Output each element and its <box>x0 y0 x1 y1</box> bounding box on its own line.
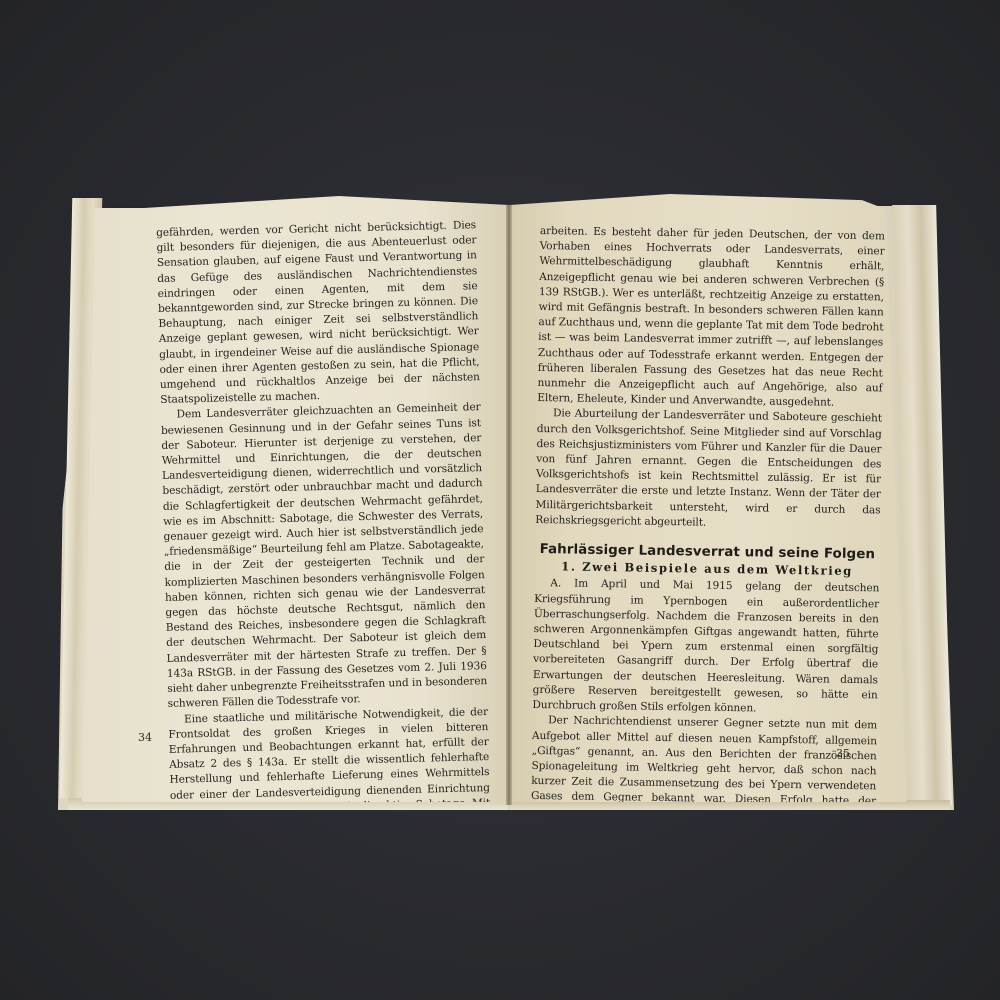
paragraph: Der unerbittliche Kampf gegen Verräter u… <box>172 872 494 956</box>
page-number-right: 35 <box>836 747 850 760</box>
paragraph: A. Im April und Mai 1915 gelang der deut… <box>532 576 879 718</box>
paragraph: Der Nachrichtendienst unserer Gegner set… <box>530 713 877 840</box>
paragraph: arbeiten. Es besteht daher für jeden Deu… <box>537 224 885 412</box>
paragraph: Eine staatliche und militärische Notwend… <box>168 705 492 880</box>
paragraph: Die Aburteilung der Landesverräter und S… <box>535 406 882 533</box>
open-book: gefährden, werden vor Gericht nicht berü… <box>0 0 1000 1000</box>
paragraph: Dem Landesverräter gleichzuachten an Gem… <box>160 401 487 713</box>
page-number-left: 34 <box>138 731 152 744</box>
left-page-body: gefährden, werden vor Gericht nicht berü… <box>156 218 494 955</box>
right-page-body: arbeiten. Es besteht daher für jeden Deu… <box>530 224 885 886</box>
left-page: gefährden, werden vor Gericht nicht berü… <box>82 196 510 802</box>
paragraph: gefährden, werden vor Gericht nicht berü… <box>156 218 480 408</box>
right-page: arbeiten. Es besteht daher für jeden Deu… <box>510 194 910 802</box>
book-gutter <box>506 205 512 805</box>
paragraph: Ein ausländischer Agent, der nach Deutsc… <box>530 835 876 886</box>
